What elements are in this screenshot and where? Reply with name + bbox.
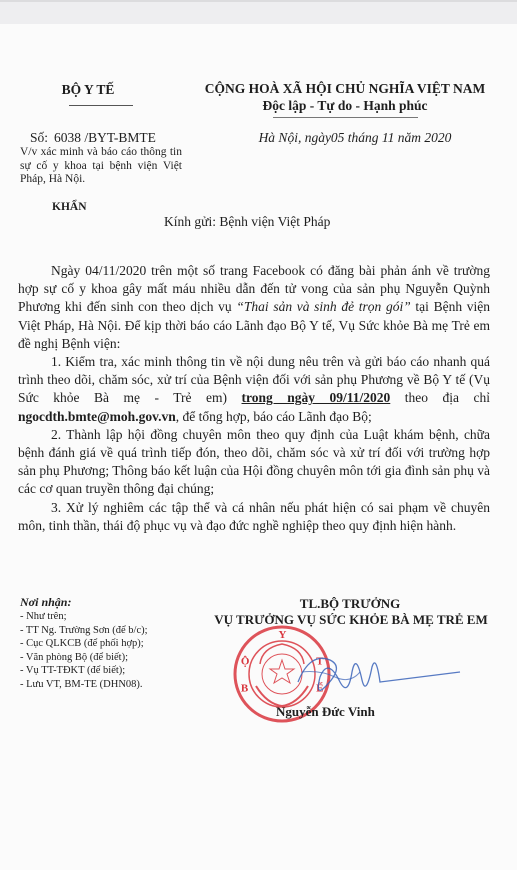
- item1-text-mid: theo địa chỉ: [390, 390, 490, 405]
- recipient-item: - TT Ng. Trường Sơn (để b/c);: [20, 624, 148, 638]
- issuing-agency: BỘ Y TẾ: [38, 82, 138, 98]
- request-item-3: 3. Xử lý nghiêm các tập thể và cá nhân n…: [18, 499, 490, 535]
- item1-text-end: , để tổng hợp, báo cáo Lãnh đạo Bộ;: [176, 409, 372, 424]
- signature-title-minister: TL.BỘ TRƯỞNG: [250, 596, 450, 612]
- deadline: trong ngày 09/11/2020: [242, 390, 391, 405]
- document-number: Số:6038 /BYT-BMTE: [30, 130, 156, 146]
- national-motto: Độc lập - Tự do - Hạnh phúc: [190, 98, 500, 114]
- document-number-label: Số:: [30, 130, 48, 145]
- recipient-line: Kính gửi: Bệnh viện Việt Pháp: [164, 214, 330, 230]
- motto-underline: [273, 117, 418, 118]
- svg-text:B: B: [241, 683, 249, 695]
- national-title: CỘNG HOÀ XÃ HỘI CHỦ NGHĨA VIỆT NAM: [190, 81, 500, 97]
- svg-text:Ộ: Ộ: [241, 654, 250, 667]
- urgency-mark: KHẨN: [52, 201, 87, 213]
- signature-title-department: VỤ TRƯỞNG VỤ SỨC KHỎE BÀ MẸ TRẺ EM: [192, 612, 510, 628]
- service-name: “Thai sản và sinh đẻ trọn gói”: [236, 299, 410, 314]
- place-and-date: Hà Nội, ngày05 tháng 11 năm 2020: [200, 130, 510, 146]
- intro-paragraph: Ngày 04/11/2020 trên một số trang Facebo…: [18, 262, 490, 353]
- recipient-item: - Cục QLKCB (để phối hợp);: [20, 637, 148, 651]
- document-number-value: 6038 /BYT-BMTE: [54, 130, 156, 145]
- recipient-item: - Vụ TT-TĐKT (để biết);: [20, 664, 148, 678]
- request-item-1: 1. Kiểm tra, xác minh thông tin về nội d…: [18, 353, 490, 426]
- recipient-item: - Như trên;: [20, 610, 148, 624]
- recipient-item: - Văn phòng Bộ (để biết);: [20, 651, 148, 665]
- recipient-item: - Lưu VT, BM-TE (DHN08).: [20, 678, 148, 692]
- document-page: BỘ Y TẾ CỘNG HOÀ XÃ HỘI CHỦ NGHĨA VIỆT N…: [0, 22, 517, 870]
- signature-scribble-icon: [290, 642, 465, 702]
- viewer-top-bar: [0, 0, 517, 24]
- svg-text:Y: Y: [279, 629, 287, 641]
- signer-name: Nguyễn Đức Vinh: [276, 704, 375, 720]
- agency-underline: [69, 105, 133, 106]
- recipients-list: - Như trên; - TT Ng. Trường Sơn (để b/c)…: [20, 610, 148, 691]
- contact-email: ngocdth.bmte@moh.gov.vn: [18, 409, 176, 424]
- document-subject: V/v xác minh và báo cáo thông tin sự cố …: [20, 146, 182, 187]
- recipients-title: Nơi nhận:: [20, 595, 71, 610]
- request-item-2: 2. Thành lập hội đồng chuyên môn theo qu…: [18, 426, 490, 499]
- document-body: Ngày 04/11/2020 trên một số trang Facebo…: [18, 262, 490, 535]
